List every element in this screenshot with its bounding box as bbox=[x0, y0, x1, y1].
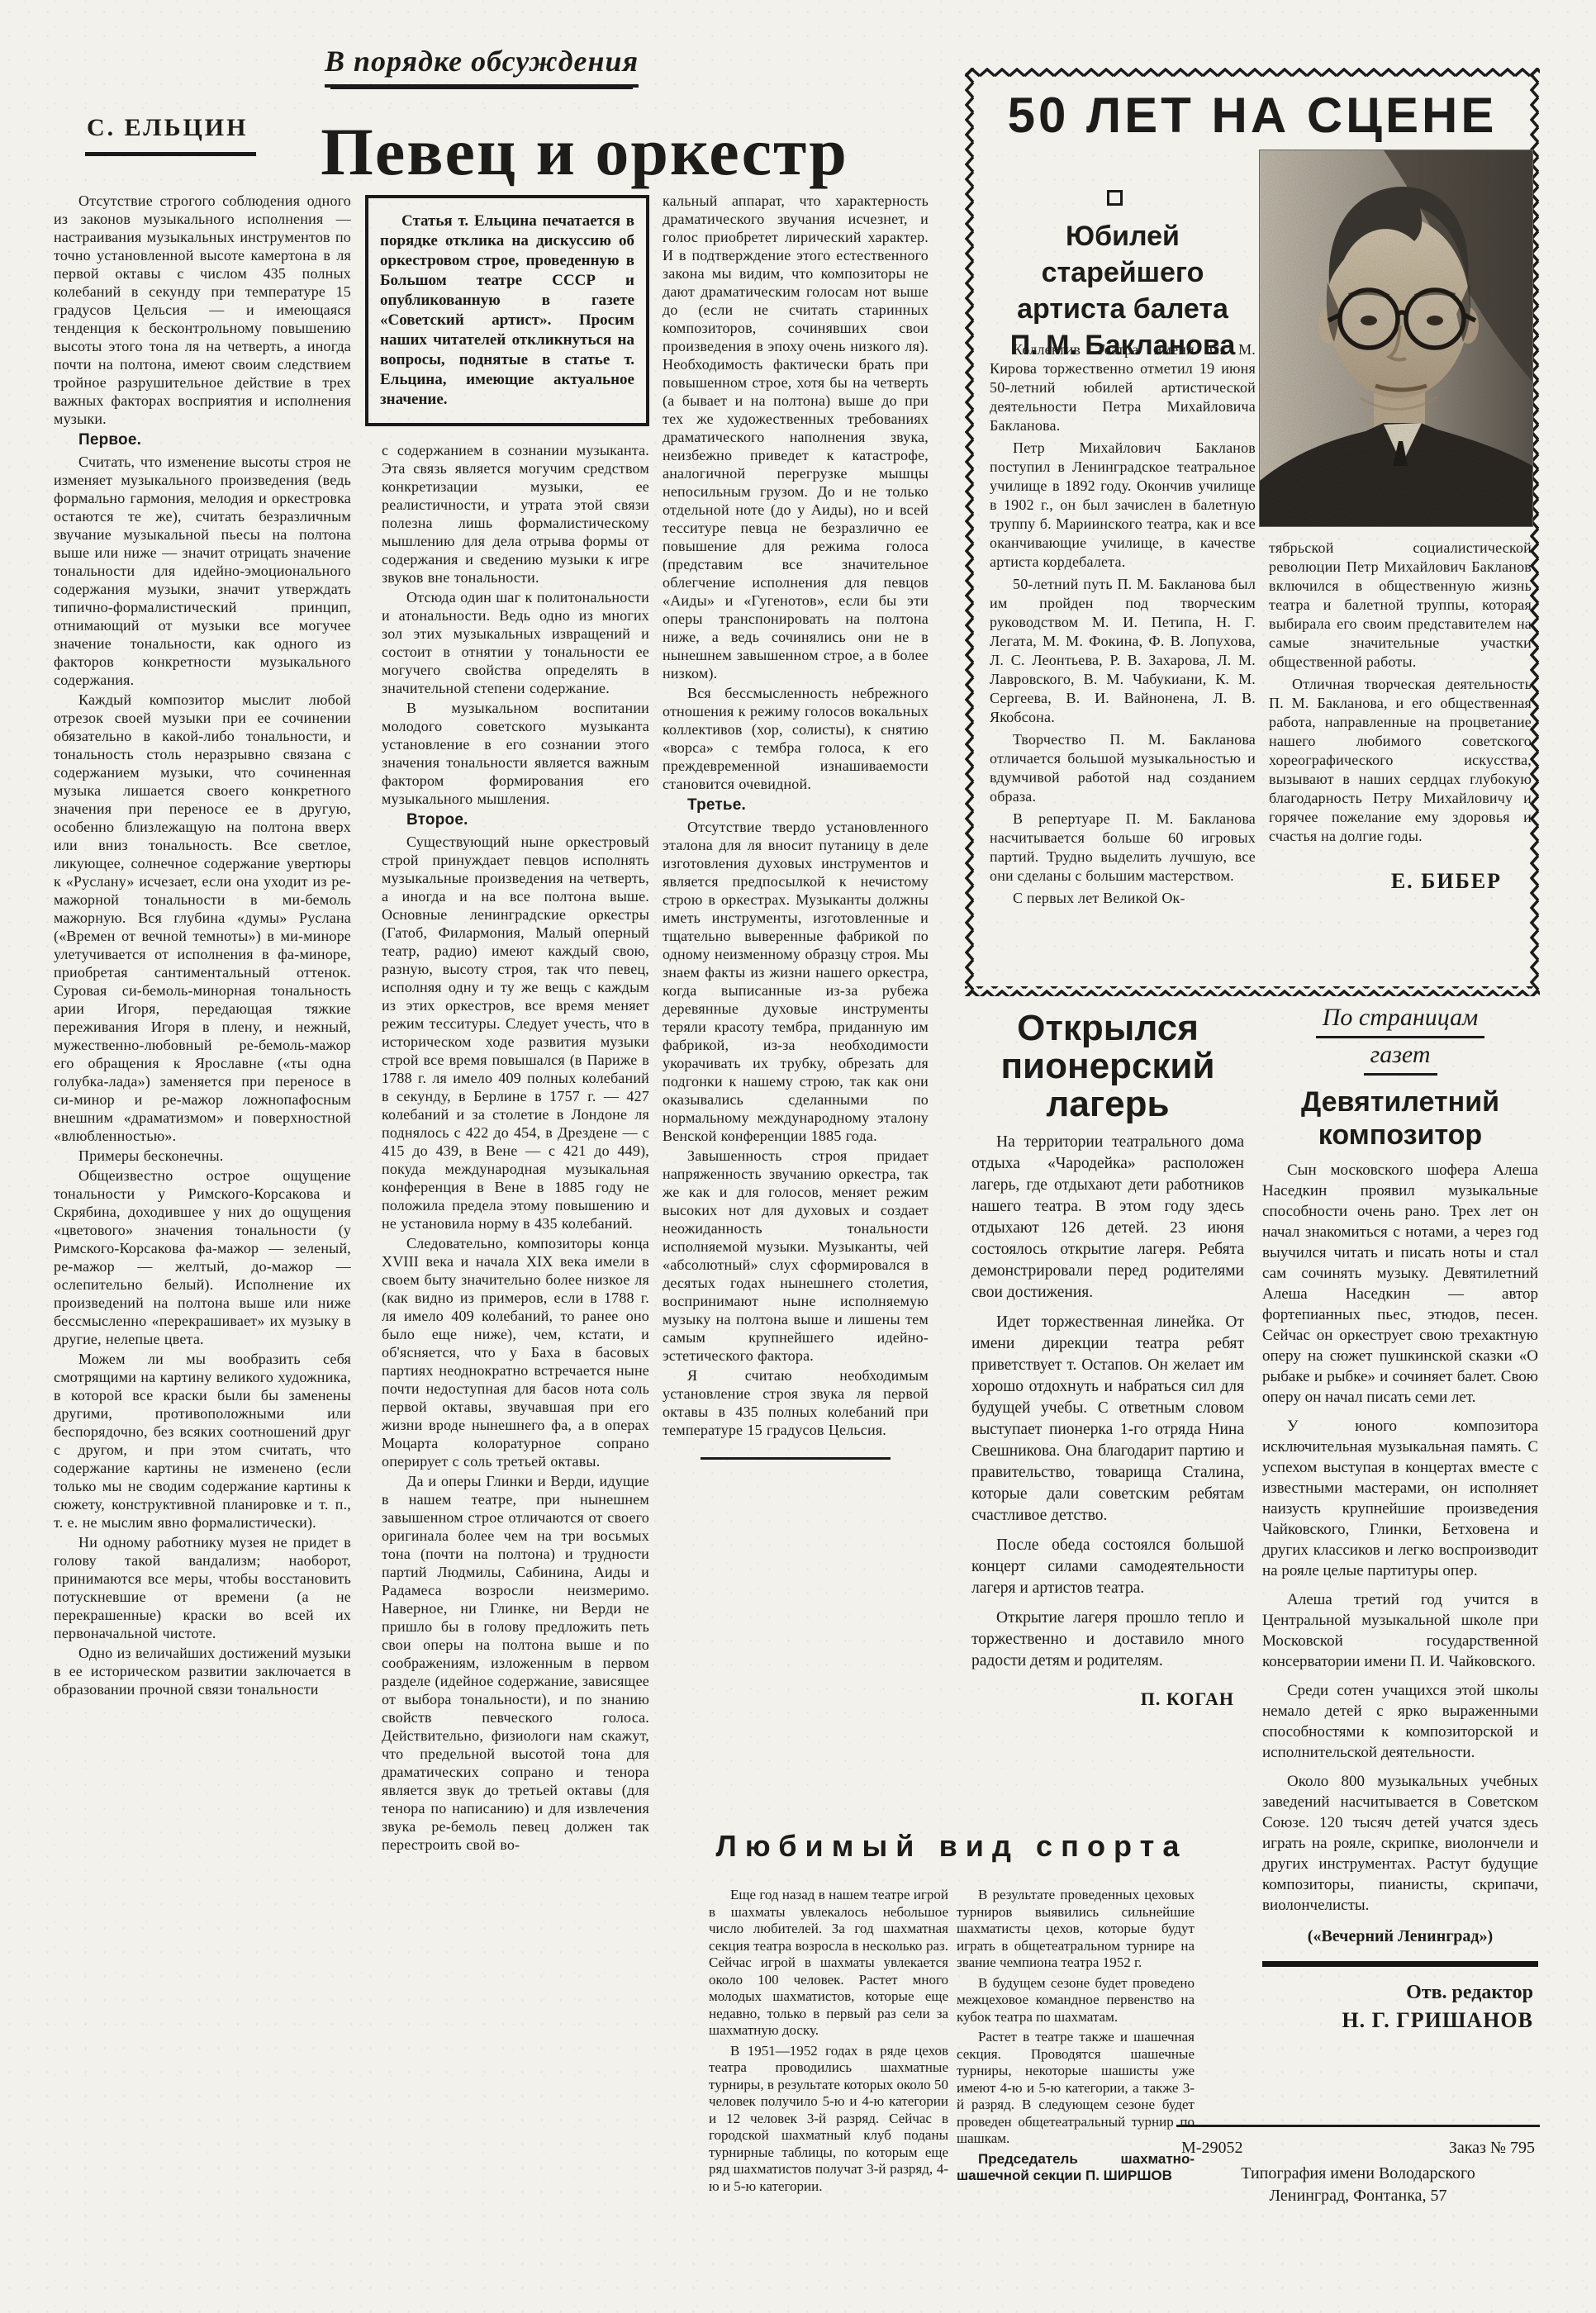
sport-signature: Председатель шахматно-шашечной секции П.… bbox=[957, 2151, 1195, 2185]
newspaper-page: В порядке обсуждения С. ЕЛЬЦИН Певец и о… bbox=[0, 0, 1596, 2313]
sport-column-2: В результате проведенных цеховых турниро… bbox=[957, 1887, 1195, 2188]
paragraph: кальный аппарат, что характерность драма… bbox=[663, 192, 929, 682]
paragraph: Отсюда один шаг к политональности и атон… bbox=[382, 588, 649, 697]
paragraph: Коллектив Театра имени С. М. Кирова торж… bbox=[990, 340, 1256, 435]
paragraph: Завышенность строя придает напряженность… bbox=[663, 1147, 929, 1365]
paragraph: Растет в театре также и шашечная секция.… bbox=[957, 2029, 1195, 2148]
paragraph: 50-летний путь П. М. Бакланова был им пр… bbox=[990, 575, 1256, 727]
press-title-line: композитор bbox=[1262, 1119, 1538, 1152]
paragraph: Около 800 музыкальных учебных заведений … bbox=[1262, 1771, 1538, 1916]
paragraph: Отсутствие строгого соблюдения одного из… bbox=[54, 192, 351, 428]
jubilee-banner: 50 ЛЕТ НА СЦЕНЕ bbox=[985, 89, 1520, 141]
jubilee-heading-line: Юбилей старейшего bbox=[990, 218, 1256, 291]
sport-article: Любимый вид спорта Еще год назад в нашем… bbox=[709, 1829, 1195, 1887]
paragraph: Идет торжественная линейка. От имени дир… bbox=[971, 1312, 1244, 1527]
paragraph: с содержанием в сознании музыканта. Эта … bbox=[382, 441, 649, 587]
jubilee-heading-line: артиста балета bbox=[990, 291, 1256, 327]
article-title: Певец и оркестр bbox=[277, 118, 892, 186]
editor-name: Н. Г. ГРИШАНОВ bbox=[1262, 2007, 1533, 2035]
paragraph: тябрьской социалистической революции Пет… bbox=[1269, 539, 1532, 672]
press-article-title: Девятилетний композитор bbox=[1262, 1085, 1538, 1152]
imprint-printer-line: Ленинград, Фонтанка, 57 bbox=[1176, 2185, 1540, 2207]
paragraph: Одно из величайших достижений музыки в е… bbox=[54, 1644, 351, 1698]
section-kicker: В порядке обсуждения bbox=[325, 46, 639, 88]
paragraph: Каждый композитор мыслит любой отрезок с… bbox=[54, 691, 351, 1145]
sport-title: Любимый вид спорта bbox=[709, 1829, 1195, 1864]
paragraph: В 1951—1952 годах в ряде цехов театра пр… bbox=[709, 2043, 948, 2196]
paragraph: Открытие лагеря прошло тепло и торжестве… bbox=[971, 1608, 1244, 1672]
paragraph: На территории театрального дома отдыха «… bbox=[971, 1132, 1244, 1304]
paragraph: Общеизвестно острое ощущение тональности… bbox=[54, 1166, 351, 1348]
imprint-printer: Типография имени Володарского Ленинград,… bbox=[1176, 2163, 1540, 2207]
jubilee-column-1: Коллектив Театра имени С. М. Кирова торж… bbox=[990, 340, 1256, 911]
imprint-rule bbox=[1176, 2125, 1540, 2127]
camp-title-line: пионерский bbox=[971, 1047, 1244, 1085]
paragraph: Можем ли мы вообразить себя смотрящими н… bbox=[54, 1350, 351, 1532]
singer-article-column-2: Статья т. Ельцина печатается в порядке о… bbox=[382, 192, 649, 1855]
imprint-printer-line: Типография имени Володарского bbox=[1176, 2163, 1540, 2185]
camp-signature: П. КОГАН bbox=[971, 1688, 1244, 1710]
paragraph: В будущем сезоне будет проведено межцехо… bbox=[957, 1975, 1195, 2026]
paragraph: Алеша третий год учится в Центральной му… bbox=[1262, 1589, 1538, 1672]
paragraph: После обеда состоялся большой концерт си… bbox=[971, 1535, 1244, 1599]
press-rubric: По страницам газет bbox=[1262, 1001, 1538, 1076]
camp-title: Открылся пионерский лагерь bbox=[971, 1009, 1244, 1123]
paragraph: У юного композитора исключительная музык… bbox=[1262, 1416, 1538, 1581]
subhead-second: Второе. bbox=[382, 811, 649, 829]
press-review-column: По страницам газет Девятилетний композит… bbox=[1262, 1001, 1538, 2035]
portrait-photo bbox=[1260, 150, 1532, 526]
paragraph: В репертуаре П. М. Бакланова насчитывает… bbox=[990, 810, 1256, 886]
paragraph: Творчество П. М. Бакланова отличается бо… bbox=[990, 730, 1256, 806]
jubilee-column-2: тябрьской социалистической революции Пет… bbox=[1269, 539, 1532, 894]
paragraph: Петр Михайлович Бакланов поступил в Лени… bbox=[990, 439, 1256, 572]
imprint-block: М-29052 Заказ № 795 Типография имени Вол… bbox=[1176, 2125, 1540, 2207]
camp-title-line: Открылся bbox=[971, 1009, 1244, 1047]
imprint-row: М-29052 Заказ № 795 bbox=[1176, 2139, 1540, 2158]
imprint-code: М-29052 bbox=[1181, 2139, 1242, 2158]
paragraph: Сын московского шофера Алеша Наседкин пр… bbox=[1262, 1160, 1538, 1408]
paragraph: В результате проведенных цеховых турниро… bbox=[957, 1887, 1195, 1972]
singer-article-column-3: кальный аппарат, что характерность драма… bbox=[663, 192, 929, 1460]
editor-note-text: Статья т. Ельцина печатается в порядке о… bbox=[380, 212, 634, 408]
paragraph: С первых лет Великой Ок- bbox=[990, 889, 1256, 908]
paragraph: Еще год назад в нашем театре игрой в шах… bbox=[709, 1887, 948, 2040]
square-ornament-icon bbox=[1107, 190, 1123, 206]
jubilee-article-box: 50 ЛЕТ НА СЦЕНЕ Юбилей старейшего артист… bbox=[965, 68, 1540, 996]
press-source: («Вечерний Ленинград») bbox=[1262, 1927, 1538, 1946]
article-author: С. ЕЛЬЦИН bbox=[85, 114, 256, 156]
editor-note-box: Статья т. Ельцина печатается в порядке о… bbox=[365, 195, 649, 426]
jubilee-signature: Е. БИБЕР bbox=[1269, 869, 1532, 894]
paragraph: Следовательно, композиторы конца XVIII в… bbox=[382, 1234, 649, 1470]
press-rubric-line: По страницам bbox=[1316, 1001, 1485, 1038]
editor-block: Отв. редактор Н. Г. ГРИШАНОВ bbox=[1262, 1978, 1538, 2035]
subhead-third: Третье. bbox=[663, 796, 929, 815]
paragraph: Я считаю необходимым установление строя … bbox=[663, 1366, 929, 1439]
paragraph: В музыкальном воспитании молодого советс… bbox=[382, 699, 649, 808]
paragraph: Отсутствие твердо установленного эталона… bbox=[663, 818, 929, 1145]
footer-rule bbox=[1262, 1961, 1538, 1967]
paragraph: Примеры бесконечны. bbox=[54, 1147, 351, 1165]
paragraph: Да и оперы Глинки и Верди, идущие в наше… bbox=[382, 1472, 649, 1854]
editor-label: Отв. редактор bbox=[1262, 1978, 1533, 2007]
paragraph: Считать, что изменение высоты строя не и… bbox=[54, 453, 351, 689]
sport-column-1: Еще год назад в нашем театре игрой в шах… bbox=[709, 1887, 948, 2198]
paragraph: Отличная творческая деятельность П. М. Б… bbox=[1269, 675, 1532, 846]
press-rubric-line: газет bbox=[1364, 1038, 1437, 1076]
end-of-article-rule bbox=[701, 1457, 891, 1460]
singer-article-column-1: Отсутствие строгого соблюдения одного из… bbox=[54, 192, 351, 1700]
paragraph: Существующий ныне оркестровый строй прин… bbox=[382, 833, 649, 1232]
subhead-first: Первое. bbox=[54, 431, 351, 449]
press-title-line: Девятилетний bbox=[1262, 1085, 1538, 1119]
imprint-order: Заказ № 795 bbox=[1449, 2139, 1535, 2158]
camp-article: Открылся пионерский лагерь На территории… bbox=[971, 1009, 1244, 1710]
paragraph: Ни одному работнику музея не придет в го… bbox=[54, 1533, 351, 1642]
paragraph: Среди сотен учащихся этой школы немало д… bbox=[1262, 1680, 1538, 1763]
portrait-photo-image bbox=[1260, 150, 1532, 526]
paragraph: Вся бессмысленность небрежного отношения… bbox=[663, 684, 929, 793]
camp-title-line: лагерь bbox=[971, 1085, 1244, 1123]
